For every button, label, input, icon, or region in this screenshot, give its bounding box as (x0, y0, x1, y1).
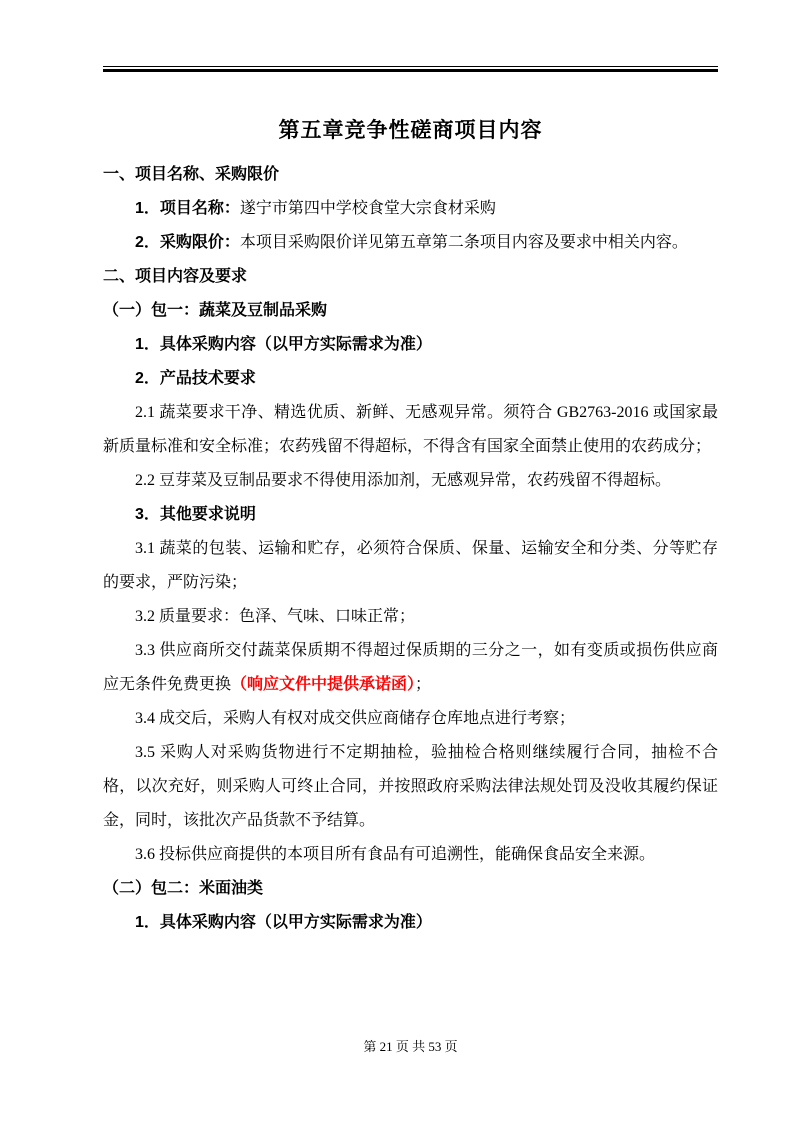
heading-package2-procurement-content: 1．具体采购内容（以甲方实际需求为准） (103, 906, 718, 940)
subsection-heading-package-1: （一）包一：蔬菜及豆制品采购 (103, 294, 718, 328)
chapter-title: 第五章竞争性磋商项目内容 (103, 116, 718, 146)
paragraph-label-project-name: 1．项目名称： (135, 200, 240, 217)
paragraph-3-3-end: ； (415, 676, 431, 693)
red-emphasis-commitment-letter: （响应文件中提供承诺函） (231, 676, 415, 693)
heading-package1-other-requirements: 3．其他要求说明 (103, 498, 718, 532)
paragraph-3-4: 3.4 成交后，采购人有权对成交供应商储存仓库地点进行考察； (103, 702, 718, 736)
paragraph-3-1: 3.1 蔬菜的包装、运输和贮存，必须符合保质、保量、运输安全和分类、分等贮存的要… (103, 532, 718, 600)
paragraph-text-price-limit: 本项目采购限价详见第五章第二条项目内容及要求中相关内容。 (240, 234, 688, 251)
header-divider (103, 66, 718, 72)
footer-page-number: 第 21 页 共 53 页 (103, 1038, 718, 1056)
paragraph-project-name: 1．项目名称：遂宁市第四中学校食堂大宗食材采购 (103, 192, 718, 226)
heading-package1-procurement-content: 1．具体采购内容（以甲方实际需求为准） (103, 328, 718, 362)
section-heading-content-requirements: 二、项目内容及要求 (103, 260, 718, 294)
heading-package1-technical-requirements: 2．产品技术要求 (103, 362, 718, 396)
section-heading-project-name-price: 一、项目名称、采购限价 (103, 158, 718, 192)
paragraph-3-5: 3.5 采购人对采购货物进行不定期抽检，验抽检合格则继续履行合同，抽检不合格，以… (103, 736, 718, 838)
paragraph-price-limit: 2．采购限价：本项目采购限价详见第五章第二条项目内容及要求中相关内容。 (103, 226, 718, 260)
paragraph-3-6: 3.6 投标供应商提供的本项目所有食品有可追溯性，能确保食品安全来源。 (103, 838, 718, 872)
paragraph-3-3: 3.3 供应商所交付蔬菜保质期不得超过保质期的三分之一，如有变质或损伤供应商应无… (103, 634, 718, 702)
paragraph-text-project-name: 遂宁市第四中学校食堂大宗食材采购 (240, 200, 496, 217)
paragraph-3-2: 3.2 质量要求：色泽、气味、口味正常； (103, 600, 718, 634)
subsection-heading-package-2: （二）包二：米面油类 (103, 872, 718, 906)
document-body: 一、项目名称、采购限价 1．项目名称：遂宁市第四中学校食堂大宗食材采购 2．采购… (103, 158, 718, 940)
document-page: 第五章竞争性磋商项目内容 一、项目名称、采购限价 1．项目名称：遂宁市第四中学校… (0, 0, 793, 1122)
paragraph-2-1: 2.1 蔬菜要求干净、精选优质、新鲜、无感观异常。须符合 GB2763-2016… (103, 396, 718, 464)
paragraph-label-price-limit: 2．采购限价： (135, 234, 240, 251)
paragraph-2-2: 2.2 豆芽菜及豆制品要求不得使用添加剂，无感观异常，农药残留不得超标。 (103, 464, 718, 498)
